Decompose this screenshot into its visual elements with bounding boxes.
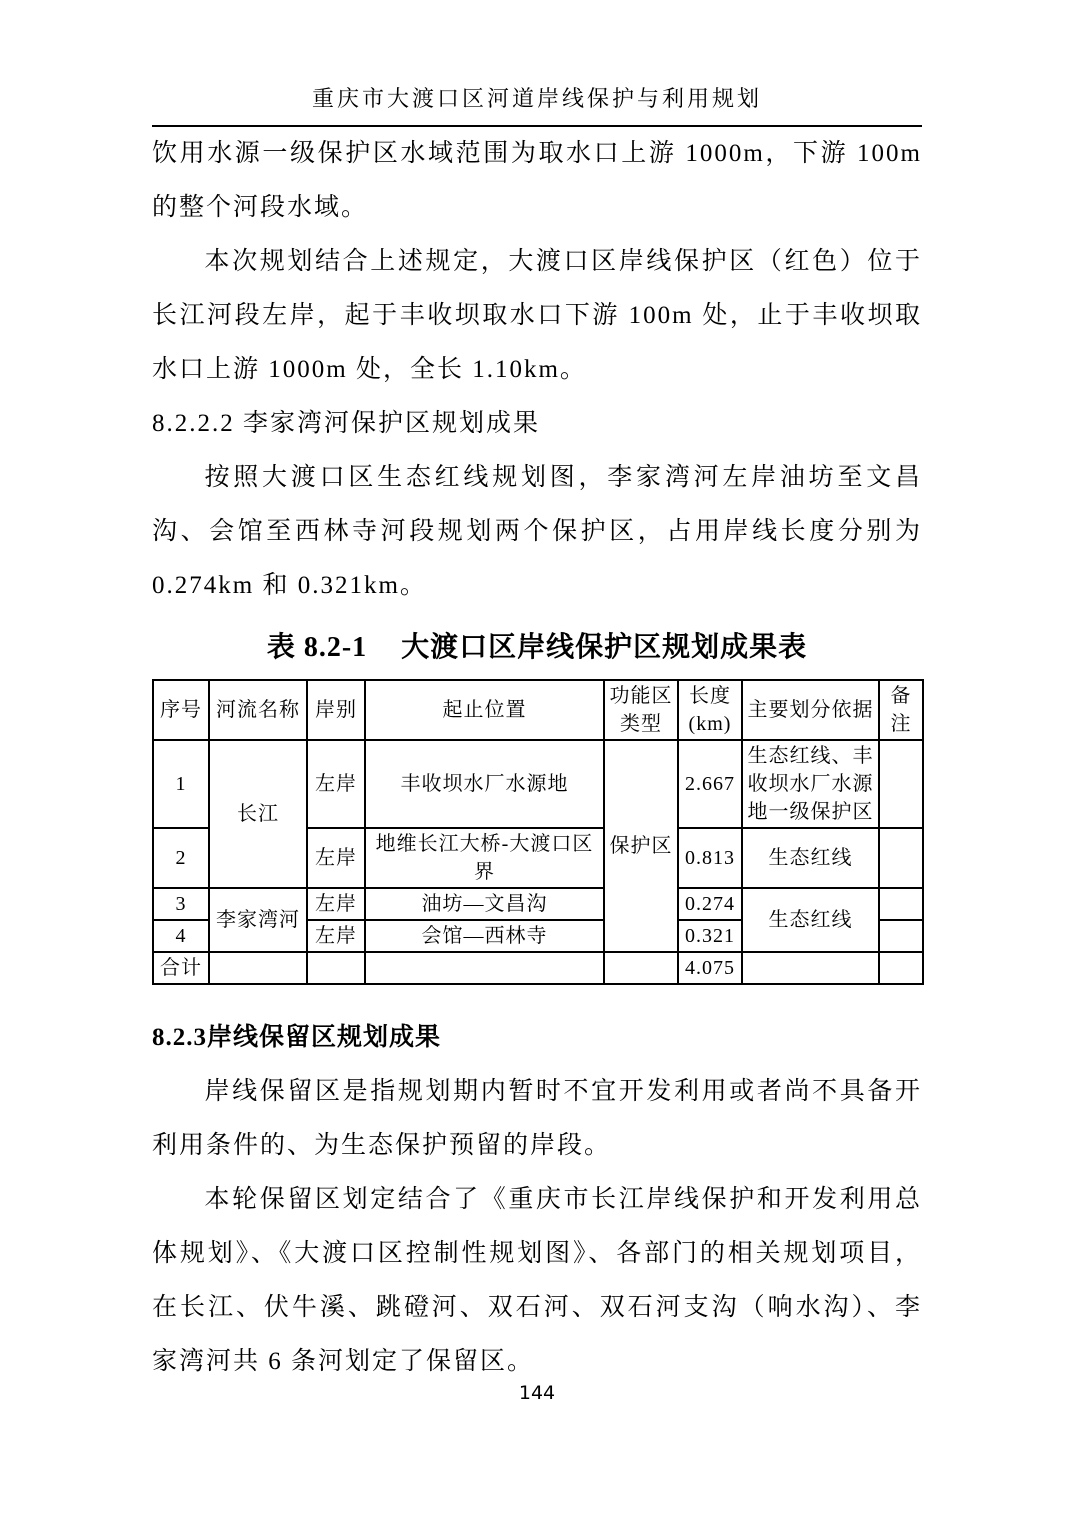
col-header-location: 起止位置 (365, 680, 604, 740)
table-caption: 表 8.2-1大渡口区岸线保护区规划成果表 (152, 623, 922, 673)
cell-location: 地维长江大桥-大渡口区界 (365, 828, 604, 888)
col-header-river: 河流名称 (209, 680, 307, 740)
cell-note (879, 888, 923, 920)
paragraph-lijiawan: 按照大渡口区生态红线规划图，李家湾河左岸油坊至文昌沟、会馆至西林寺河段规划两个保… (152, 451, 922, 613)
cell-note (879, 920, 923, 952)
document-title: 重庆市大渡口区河道岸线保护与利用规划 (312, 86, 762, 111)
heading-reserve-section: 8.2.3岸线保留区规划成果 (152, 1011, 922, 1065)
paragraph-protection-zone: 本次规划结合上述规定，大渡口区岸线保护区（红色）位于长江河段左岸，起于丰收坝取水… (152, 235, 922, 397)
cell-zone-type: 保护区 (604, 740, 678, 952)
page-content: 重庆市大渡口区河道岸线保护与利用规划 饮用水源一级保护区水域范围为取水口上游 1… (152, 0, 922, 1389)
document-page: 重庆市大渡口区河道岸线保护与利用规划 饮用水源一级保护区水域范围为取水口上游 1… (0, 0, 1074, 1520)
cell-bank: 左岸 (307, 888, 365, 920)
cell-note (879, 828, 923, 888)
cell-index: 2 (153, 828, 209, 888)
paragraph-drinking-water: 饮用水源一级保护区水域范围为取水口上游 1000m，下游 100m 的整个河段水… (152, 127, 922, 235)
cell-empty (604, 952, 678, 984)
cell-river-lijiawan: 李家湾河 (209, 888, 307, 952)
table-header-row: 序号 河流名称 岸别 起止位置 功能区 类型 长度 (km) 主要划分依据 备 … (153, 680, 923, 740)
cell-empty (742, 952, 879, 984)
cell-index: 3 (153, 888, 209, 920)
cell-index: 1 (153, 740, 209, 828)
cell-empty (209, 952, 307, 984)
cell-empty (879, 952, 923, 984)
cell-index: 4 (153, 920, 209, 952)
cell-basis: 生态红线、丰收坝水厂水源地一级保护区 (742, 740, 879, 828)
cell-total-label: 合计 (153, 952, 209, 984)
table-caption-label: 表 8.2-1 (267, 632, 367, 663)
cell-empty (365, 952, 604, 984)
col-header-index: 序号 (153, 680, 209, 740)
table-row: 1 长江 左岸 丰收坝水厂水源地 保护区 2.667 生态红线、丰收坝水厂水源地… (153, 740, 923, 828)
cell-location: 会馆—西林寺 (365, 920, 604, 952)
cell-location: 油坊—文昌沟 (365, 888, 604, 920)
table-caption-title: 大渡口区岸线保护区规划成果表 (401, 632, 807, 663)
col-header-zone: 功能区 类型 (604, 680, 678, 740)
col-header-note: 备 注 (879, 680, 923, 740)
cell-empty (307, 952, 365, 984)
col-header-basis: 主要划分依据 (742, 680, 879, 740)
cell-basis: 生态红线 (742, 888, 879, 952)
cell-river-changjiang: 长江 (209, 740, 307, 888)
col-header-length: 长度 (km) (678, 680, 742, 740)
cell-basis: 生态红线 (742, 828, 879, 888)
cell-length: 2.667 (678, 740, 742, 828)
table-total-row: 合计 4.075 (153, 952, 923, 984)
paragraph-reserve-definition: 岸线保留区是指规划期内暂时不宜开发利用或者尚不具备开利用条件的、为生态保护预留的… (152, 1065, 922, 1173)
cell-bank: 左岸 (307, 920, 365, 952)
cell-length: 0.813 (678, 828, 742, 888)
heading-lijiawan-section: 8.2.2.2 李家湾河保护区规划成果 (152, 397, 922, 451)
col-header-bank: 岸别 (307, 680, 365, 740)
paragraph-reserve-scope: 本轮保留区划定结合了《重庆市长江岸线保护和开发利用总体规划》、《大渡口区控制性规… (152, 1173, 922, 1389)
table-row: 3 李家湾河 左岸 油坊—文昌沟 0.274 生态红线 (153, 888, 923, 920)
cell-length: 0.274 (678, 888, 742, 920)
cell-length: 0.321 (678, 920, 742, 952)
cell-bank: 左岸 (307, 828, 365, 888)
running-header: 重庆市大渡口区河道岸线保护与利用规划 (152, 0, 922, 127)
cell-note (879, 740, 923, 828)
cell-total-length: 4.075 (678, 952, 742, 984)
protection-zone-table: 序号 河流名称 岸别 起止位置 功能区 类型 长度 (km) 主要划分依据 备 … (152, 679, 924, 985)
cell-location: 丰收坝水厂水源地 (365, 740, 604, 828)
page-number: 144 (0, 1382, 1074, 1404)
cell-bank: 左岸 (307, 740, 365, 828)
